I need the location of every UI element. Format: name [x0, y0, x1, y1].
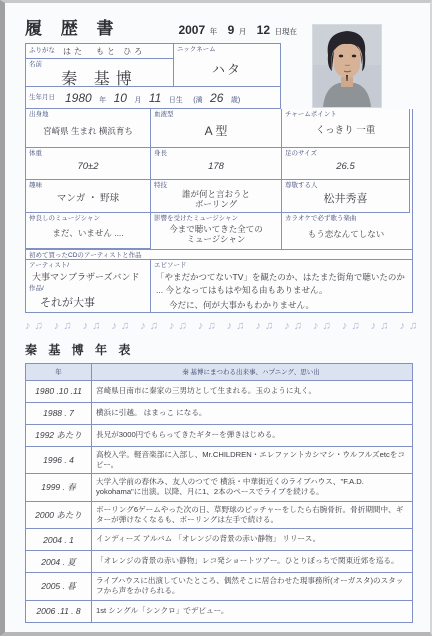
birthdate-value: 1980 年 10 月 11 日生 (満 26 歳)	[65, 89, 243, 107]
row-event: 1st シングル「シンクロ」でデビュー。	[92, 601, 410, 622]
row-event: ボーリング6ゲームやった次の日、草野球のピッチャーをしたら右腕骨折。骨折期間中、…	[92, 502, 410, 529]
hobby-label: 趣味	[26, 180, 150, 189]
portrait-illustration	[313, 25, 381, 107]
hobby-value: マンガ ・ 野球	[26, 189, 150, 212]
karaoke-song-value: もう恋なんてしない	[282, 222, 410, 249]
birthdate-cell: 生年月日 1980 年 10 月 11 日生 (満 26 歳)	[26, 87, 280, 108]
row-year: 1999 . 春	[26, 474, 92, 501]
cd-artist-cell: アーティスト/ 大事マンブラザーズバンド 作品/ それが大事	[26, 260, 151, 311]
row-event: 高校入学。軽音楽部に入部し、Mr.CHILDREN・エレファントカシマシ・ウルフ…	[92, 447, 410, 474]
weight-label: 体重	[26, 148, 150, 157]
timeline-table: 年 秦 基博にまつわる出来事、ハプニング、思い出 1980 .10 .11 宮崎…	[25, 363, 413, 623]
karaoke-song-label: カラオケで必ず歌う楽曲	[282, 213, 410, 222]
shoesize-label: 足のサイズ	[282, 148, 409, 157]
name-cell: 名前 秦 基博	[26, 59, 174, 87]
timeline-year-header: 年	[26, 364, 92, 380]
table-row: 2000 あたり ボーリング6ゲームやった次の日、草野球のピッチャーをしたら右腕…	[26, 502, 412, 530]
bloodtype-label: 血液型	[151, 109, 281, 118]
skill-cell: 特技 誰が何と言おうと ボーリング	[151, 180, 282, 213]
height-label: 身長	[151, 148, 281, 157]
shoesize-cell: 足のサイズ 26.5	[282, 148, 410, 180]
row-year: 2004 . 夏	[26, 551, 92, 572]
timeline-header-row: 年 秦 基博にまつわる出来事、ハプニング、思い出	[26, 364, 412, 381]
age-paren-close: 歳)	[231, 97, 240, 104]
table-row: 1980 .10 .11 宮崎県日南市に秦家の三男坊として生まれる。玉のように丸…	[26, 381, 412, 403]
row-event: インディーズ アルバム 「オレンジの背景の赤い静物」 リリース。	[92, 529, 410, 550]
nickname-cell: ニックネーム ハタ	[174, 44, 280, 87]
birth-year-unit: 年	[99, 97, 106, 104]
row-year: 1992 あたり	[26, 425, 92, 446]
karaoke-song-cell: カラオケで必ず歌う楽曲 もう恋なんてしない	[282, 213, 410, 249]
row-event: ライブハウスに出演していたところ、偶然そこに居合わせた現事務所(オーガスタ)のス…	[92, 573, 410, 600]
row-year: 2006 .11 . 8	[26, 601, 92, 622]
cd-work-value: それが大事	[40, 294, 150, 310]
influences-label: 影響を受けたミュージシャン	[151, 213, 281, 222]
page-title: 履 歴 書	[25, 14, 120, 39]
musician-friends-value: まだ、いません ....	[26, 222, 150, 248]
hobby-cell: 趣味 マンガ ・ 野球	[26, 180, 151, 213]
music-notes-decoration: ♪♫ ♪♫ ♪♫ ♪♫ ♪♫ ♪♫ ♪♫ ♪♫ ♪♫ ♪♫ ♪♫ ♪♫ ♪♫ ♪…	[25, 320, 425, 332]
furigana-cell: ふりがな はた もと ひろ	[26, 44, 174, 59]
age-paren-open: (満	[193, 97, 202, 104]
profile-grid: 出身地 宮崎県 生まれ 横浜育ち 血液型 A 型 チャームポイント くっきり 一…	[25, 109, 413, 250]
cd-episode-text-1: 「やまだかつてないTV」を観たのか、はたまた街角で聴いたのか ... 今となって…	[156, 271, 408, 297]
date-day: 12	[257, 23, 270, 37]
row-year: 2004 . 1	[26, 529, 92, 550]
resume-scan: 履 歴 書 2007 年 9 月 12 日現在	[0, 0, 432, 636]
row-event: 横浜に引越。 はまっこ になる。	[92, 403, 410, 424]
date-month: 9	[228, 23, 235, 37]
table-row: 1999 . 春 大学入学前の春休み、友人のつてで 横浜・中華街近くのライブハウ…	[26, 474, 412, 502]
respected-person-label: 尊敬する人	[282, 180, 409, 189]
weight-cell: 体重 70±2	[26, 148, 151, 180]
timeline-events-header: 秦 基博にまつわる出来事、ハプニング、思い出	[92, 364, 410, 380]
weight-value: 70±2	[26, 157, 150, 179]
row-event: 宮崎県日南市に秦家の三男坊として生まれる。玉のように丸く。	[92, 381, 410, 402]
musician-friends-label: 仲良しのミュージシャン	[26, 213, 150, 222]
birthplace-value: 宮崎県 生まれ 横浜育ち	[26, 118, 150, 147]
current-date: 2007 年 9 月 12 日現在	[178, 21, 303, 39]
name-block: ふりがな はた もと ひろ ニックネーム ハタ 名前 秦 基博 生年月日 198…	[25, 43, 281, 109]
furigana-label: ふりがな	[26, 47, 55, 54]
timeline-title: 秦 基 博 年 表	[25, 341, 416, 358]
musician-friends-cell: 仲良しのミュージシャン まだ、いません ....	[26, 213, 151, 249]
table-row: 2006 .11 . 8 1st シングル「シンクロ」でデビュー。	[26, 601, 412, 622]
birthplace-label: 出身地	[26, 109, 150, 118]
date-day-unit: 日現在	[274, 27, 297, 36]
birth-year: 1980	[65, 91, 92, 105]
height-value: 178	[151, 157, 281, 179]
bloodtype-cell: 血液型 A 型	[151, 109, 282, 148]
date-year: 2007	[178, 23, 205, 37]
row-year: 1996 . 4	[26, 447, 92, 474]
table-row: 2004 . 夏 「オレンジの背景の赤い静物」レコ発ショートツアー。ひとりぼっち…	[26, 551, 412, 573]
id-photo	[313, 25, 381, 107]
charmpoint-cell: チャームポイント くっきり 一重	[282, 109, 410, 148]
respected-person-cell: 尊敬する人 松井秀喜	[282, 180, 410, 213]
cd-artist-value: 大事マンブラザーズバンド	[32, 270, 150, 283]
cd-artist-label: アーティスト/	[26, 260, 150, 269]
shoesize-value: 26.5	[282, 157, 409, 179]
row-year: 1988 . 7	[26, 403, 92, 424]
table-row: 2005 . 暮 ライブハウスに出演していたところ、偶然そこに居合わせた現事務所…	[26, 573, 412, 601]
row-event: 「オレンジの背景の赤い静物」レコ発ショートツアー。ひとりぼっちで関東近郊を巡る。	[92, 551, 410, 572]
row-year: 1980 .10 .11	[26, 381, 92, 402]
row-event: 大学入学前の春休み、友人のつてで 横浜・中華街近くのライブハウス、"F.A.D.…	[92, 474, 410, 501]
nickname-value: ハタ	[174, 59, 280, 78]
first-cd-header: 初めて買ったCDのアーティストと作品	[26, 250, 412, 260]
birth-month-unit: 月	[134, 97, 141, 104]
date-month-unit: 月	[239, 27, 247, 36]
charmpoint-label: チャームポイント	[282, 109, 409, 118]
birth-month: 10	[114, 91, 127, 105]
name-value: 秦 基博	[26, 66, 173, 89]
table-row: 1992 あたり 長兄が3000円でもらってきたギターを弾きはじめる。	[26, 425, 412, 447]
skill-value: 誰が何と言おうと ボーリング	[151, 189, 281, 212]
birth-day: 11	[149, 91, 161, 105]
birthplace-cell: 出身地 宮崎県 生まれ 横浜育ち	[26, 109, 151, 148]
cd-episode-label: エピソード	[151, 260, 412, 269]
respected-person-value: 松井秀喜	[282, 189, 409, 212]
birth-day-unit: 日生	[169, 97, 183, 104]
skill-label: 特技	[151, 180, 281, 189]
charmpoint-value: くっきり 一重	[282, 118, 409, 147]
height-cell: 身長 178	[151, 148, 282, 180]
table-row: 1996 . 4 高校入学。軽音楽部に入部し、Mr.CHILDREN・エレファン…	[26, 447, 412, 475]
age-value: 26	[210, 91, 223, 105]
cd-work-label: 作品/	[26, 283, 150, 292]
date-year-unit: 年	[210, 27, 218, 36]
row-event: 長兄が3000円でもらってきたギターを弾きはじめる。	[92, 425, 410, 446]
bloodtype-value: A 型	[151, 118, 281, 147]
cd-episode-cell: エピソード 「やまだかつてないTV」を観たのか、はたまた街角で聴いたのか ...…	[151, 260, 412, 311]
nickname-label: ニックネーム	[174, 44, 280, 53]
furigana-value: はた もと ひろ	[63, 46, 145, 57]
row-year: 2000 あたり	[26, 502, 92, 529]
influences-cell: 影響を受けたミュージシャン 今まで聴いてきた全ての ミュージシャン	[151, 213, 282, 249]
table-row: 2004 . 1 インディーズ アルバム 「オレンジの背景の赤い静物」 リリース…	[26, 529, 412, 551]
table-row: 1988 . 7 横浜に引越。 はまっこ になる。	[26, 403, 412, 425]
first-cd-section: 初めて買ったCDのアーティストと作品 アーティスト/ 大事マンブラザーズバンド …	[25, 250, 413, 313]
row-year: 2005 . 暮	[26, 573, 92, 600]
birthdate-label: 生年月日	[26, 94, 55, 101]
influences-value: 今まで聴いてきた全ての ミュージシャン	[151, 222, 281, 249]
cd-episode-text-2: 今だに、何が大事かもわかりません。	[169, 299, 408, 312]
